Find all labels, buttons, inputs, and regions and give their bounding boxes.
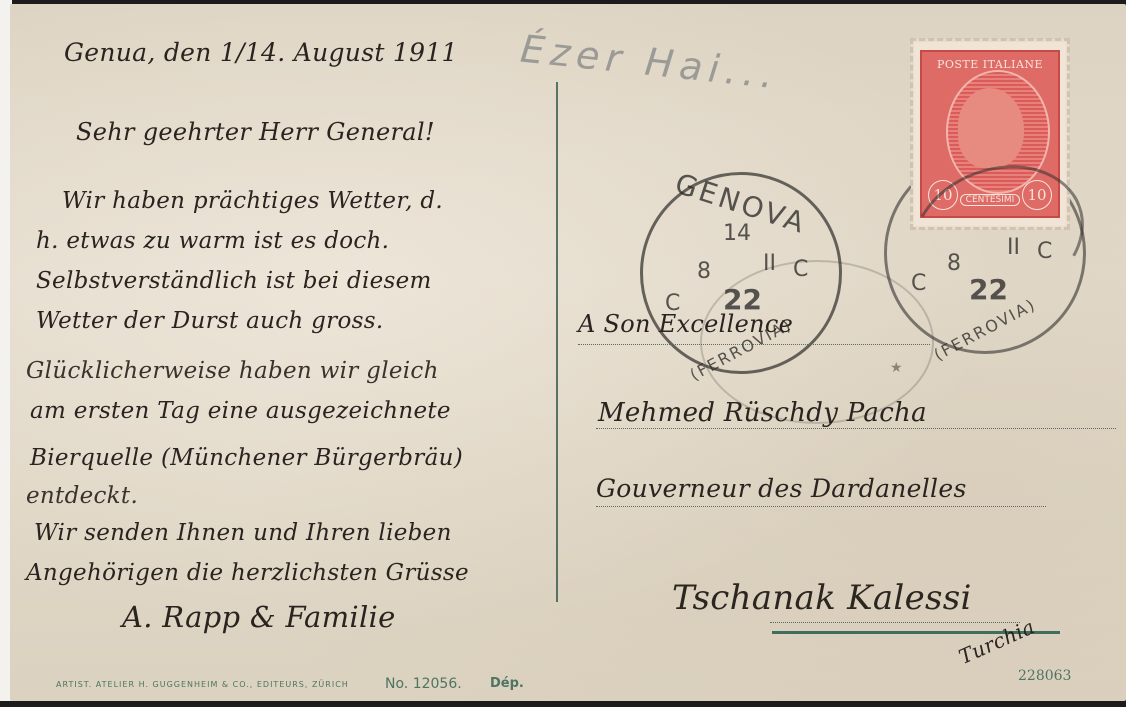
address-city: Tschanak Kalessi — [672, 578, 972, 618]
message-line: Angehörigen die herzlichsten Grüsse — [26, 560, 469, 586]
message-line: Wir senden Ihnen und Ihren lieben — [34, 520, 452, 546]
greeting: Sehr geehrter Herr General! — [76, 118, 435, 146]
signature: A. Rapp & Familie — [122, 600, 396, 634]
postmark-roman: II — [763, 251, 776, 276]
postmark-month: 8 — [697, 259, 711, 284]
address-line-rule — [578, 344, 930, 345]
message-line: entdeckt. — [26, 483, 138, 509]
scan-bottom-border — [0, 701, 1126, 707]
postmark-day: 14 — [723, 221, 751, 246]
message-line: Wetter der Durst auch gross. — [36, 308, 383, 334]
address-line-rule — [596, 506, 1046, 507]
message-address-divider — [556, 82, 558, 602]
address-line-rule — [770, 622, 1020, 623]
king-portrait-icon — [958, 88, 1024, 168]
print-code: 228063 — [1018, 668, 1071, 684]
address-recipient: Mehmed Rüschdy Pacha — [598, 398, 927, 428]
message-line: h. etwas zu warm ist es doch. — [36, 228, 389, 254]
card-number: No. 12056. — [385, 676, 462, 692]
address-title: Gouverneur des Dardanelles — [596, 474, 967, 503]
stamp-country: POSTE ITALIANE — [922, 58, 1058, 71]
message-line: Selbstverständlich ist bei diesem — [36, 268, 432, 294]
publisher-imprint: ARTIST. ATELIER H. GUGGENHEIM & CO., EDI… — [56, 680, 349, 689]
message-line: Glücklicherweise haben wir gleich — [26, 358, 439, 384]
address-salutation: A Son Excellence — [578, 310, 793, 338]
message-line: Wir haben prächtiges Wetter, d. — [62, 188, 443, 214]
address-line-rule — [596, 428, 1116, 429]
deposit-mark: Dép. — [490, 676, 524, 691]
message-line: Bierquelle (Münchener Bürgerbräu) — [30, 445, 463, 471]
date-line: Genua, den 1/14. August 1911 — [64, 38, 458, 67]
message-line: am ersten Tag eine ausgezeichnete — [30, 398, 451, 424]
postmark-letter: C — [793, 257, 808, 282]
